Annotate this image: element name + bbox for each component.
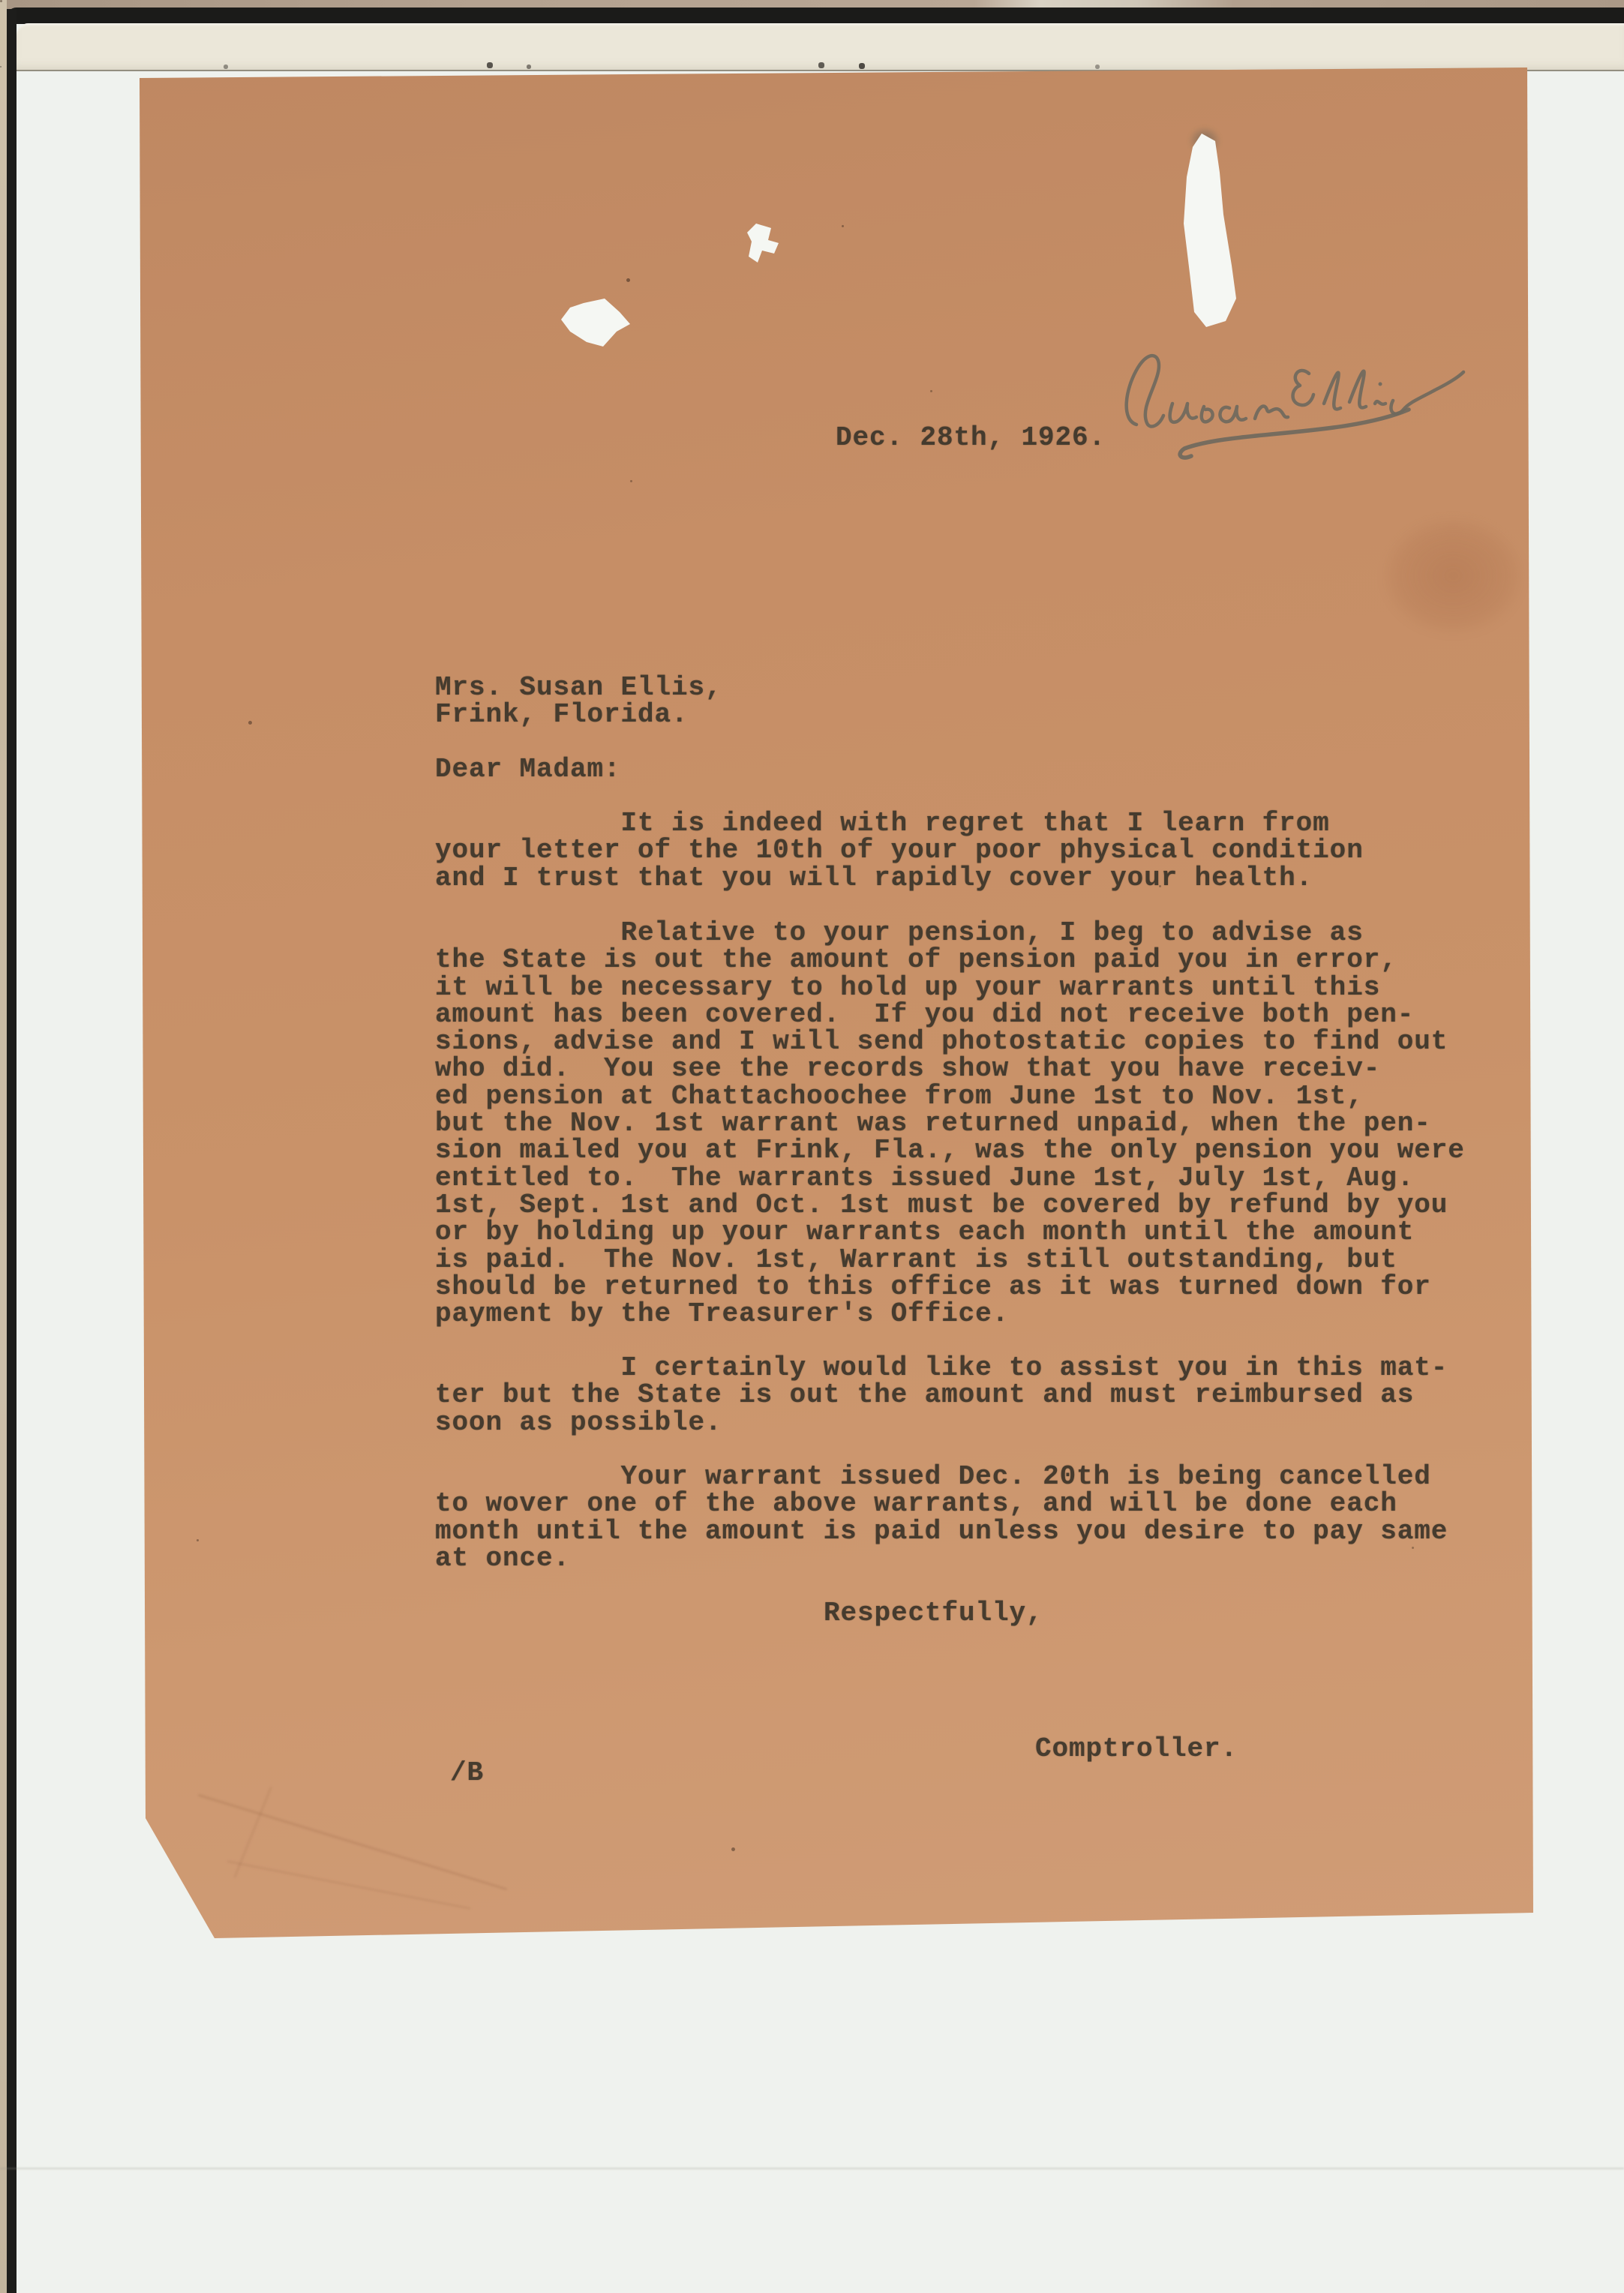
handwritten-signature <box>1120 335 1476 466</box>
paragraph-4: Your warrant issued Dec. 20th is being c… <box>435 1463 1448 1572</box>
closing-line: Respectfully, <box>824 1600 1043 1627</box>
sleeve-edge-specks <box>0 66 2 68</box>
date-line: Dec. 28th, 1926. <box>836 425 1106 452</box>
backing-crease-line <box>0 2168 1624 2169</box>
paragraph-3: I certainly would like to assist you in … <box>435 1355 1448 1436</box>
signer-title: Comptroller. <box>1035 1736 1238 1763</box>
salutation: Dear Madam: <box>435 756 621 783</box>
scanned-letter-page: Dec. 28th, 1926. Mrs. Susan Ellis, Frink… <box>0 0 1624 2293</box>
paragraph-2: Relative to your pension, I beg to advis… <box>435 920 1465 1328</box>
scan-black-top-band <box>6 8 1624 24</box>
scan-black-left-edge <box>6 9 17 2293</box>
album-sleeve-band <box>17 23 1624 71</box>
scan-left-grit-edge <box>0 0 7 2293</box>
paper-specks <box>0 0 2 2</box>
paper-stain <box>1384 518 1523 634</box>
typist-initials: /B <box>450 1760 484 1787</box>
recipient-address: Mrs. Susan Ellis, Frink, Florida. <box>435 674 722 729</box>
paragraph-1: It is indeed with regret that I learn fr… <box>435 810 1364 892</box>
